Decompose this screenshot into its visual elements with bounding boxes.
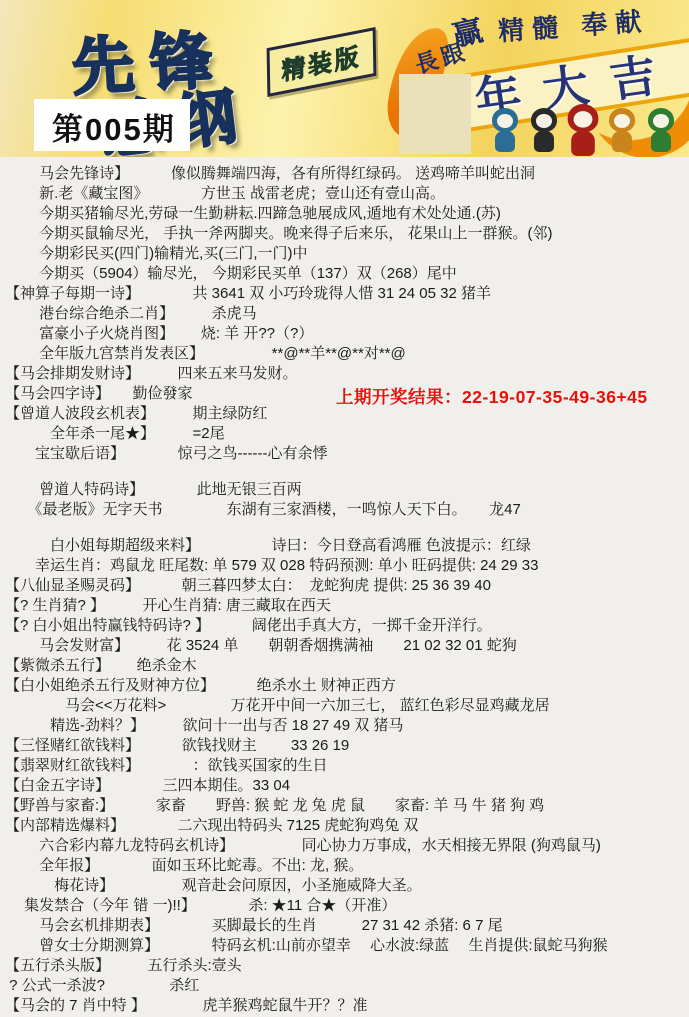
mascot-green-icon <box>644 106 678 154</box>
text-line: 富豪小子火烧肖图】 烧: 羊 开??（?） <box>5 324 689 344</box>
text-line: 集发禁合（今年 错 一)!!】 杀: ★11 合★（开准） <box>5 896 689 916</box>
text-line: 曾女士分期测算】 特码玄机:山前亦望幸 心水波:绿蓝 生肖提供:鼠蛇马狗猴 <box>5 936 689 956</box>
text-line: 六合彩内幕九龙特码玄机诗】 同心协力万事成，水天相接无界限 (狗鸡鼠马) <box>5 836 689 856</box>
text-line: 【? 生肖猜? 】 开心生肖猜: 唐三藏取在西天 <box>5 596 689 616</box>
text-line: 【八仙显圣赐灵码】 朝三暮四梦太白： 龙蛇狗虎 提供: 25 36 39 40 <box>5 576 689 596</box>
text-line: 今期彩民买(四门)输精光,买(三门,一门)中 <box>5 244 689 264</box>
header-banner: 先锋 总纲 精装版 第005期 精髓 奉献 贏 長跟 年大吉 <box>0 0 689 157</box>
text-line: 【? 白小姐出特赢钱特码诗? 】 阔佬出手真大方，一掷千金开洋行。 <box>5 616 689 636</box>
mascot-yellow-icon <box>605 106 639 154</box>
text-line: 全年版九宫禁肖发表区】 **@**羊**@**对**@ <box>5 344 689 364</box>
text-line: 【紫微杀五行】 绝杀金木 <box>5 656 689 676</box>
edition-badge: 精装版 <box>267 27 377 97</box>
text-line: 【白金五字诗】 三四本期佳。33 04 <box>5 776 689 796</box>
text-line: 马会发财富】 花 3524 单 朝朝香烟携满袖 21 02 32 01 蛇狗 <box>5 636 689 656</box>
blank-patch <box>399 74 471 154</box>
text-line: 白小姐每期超级来料】 诗曰：今日登高看鸿雁 色波提示：红绿 <box>5 536 689 556</box>
text-line: 新.老《藏宝图》 方世玉 战雷老虎；壹山还有壹山高。 <box>5 184 689 204</box>
text-line: 马会<<万花料> 万花开中间一六加三七， 蓝红色彩尽显鸡藏龙居 <box>5 696 689 716</box>
text-line: 今期买（5904）输尽光， 今期彩民买单（137）双（268）尾中 <box>5 264 689 284</box>
text-line: 【翡翠财红欲钱料】 ：欲钱买国家的生日 <box>5 756 689 776</box>
issue-number: 第005期 <box>52 104 176 149</box>
last-draw-result: 上期开奖结果：22-19-07-35-49-36+45 <box>336 384 648 409</box>
predictions-text-block: 马会先锋诗】 像似腾舞端四海，各有所得红绿码。 送鸡啼羊叫蛇出洞 新.老《藏宝图… <box>0 157 689 1016</box>
text-line: 【神算子每期一诗】 共 3641 双 小巧玲珑得人惜 31 24 05 32 猪… <box>5 284 689 304</box>
text-line: ? 公式一杀波? 杀红 <box>5 976 689 996</box>
text-line: 马会玄机排期表】 买脚最长的生肖 27 31 42 杀猪: 6 7 尾 <box>5 916 689 936</box>
blank-gap <box>5 464 689 480</box>
text-line: 港台综合绝杀二肖】 杀虎马 <box>5 304 689 324</box>
text-line: 【白小姐绝杀五行及财神方位】 绝杀水土 财神正西方 <box>5 676 689 696</box>
text-line: 宝宝歇后语】 惊弓之鸟------心有余悸 <box>5 444 689 464</box>
text-line: 精选-劲料？】 欲问十一出与否 18 27 49 双 猪马 <box>5 716 689 736</box>
mascot-red-icon <box>563 102 603 157</box>
tip-sheet-page: 先锋 总纲 精装版 第005期 精髓 奉献 贏 長跟 年大吉 马会先锋诗】 像似… <box>0 0 689 1017</box>
last-draw-result-label: 上期开奖结果： <box>336 387 462 407</box>
text-line: 曾道人特码诗】 此地无银三百两 <box>5 480 689 500</box>
text-line: 【野兽与家畜:】 家畜 野兽: 猴 蛇 龙 兔 虎 鼠 家畜: 羊 马 牛 猪 … <box>5 796 689 816</box>
text-line: 今期买鼠输尽光， 手执一斧两脚夹。晚来得子后来乐， 花果山上一群猴。(邻) <box>5 224 689 244</box>
text-line: 【马会排期发财诗】 四来五来马发财。 <box>5 364 689 384</box>
last-draw-result-numbers: 22-19-07-35-49-36+45 <box>462 387 648 407</box>
mascot-row <box>488 106 678 154</box>
blank-gap <box>5 520 689 536</box>
text-line: 全年杀一尾★】 =2尾 <box>5 424 689 444</box>
text-line: 梅花诗】 观音赴会问原因，小圣施威降大圣。 <box>5 876 689 896</box>
text-line: 【马会的 7 肖中特 】 虎羊猴鸡蛇鼠牛开？？准 <box>5 996 689 1016</box>
text-line: 幸运生肖：鸡鼠龙 旺尾数: 单 579 双 028 特码预测: 单小 旺码提供:… <box>5 556 689 576</box>
text-line: 全年报】 面如玉环比蛇毒。不出: 龙, 猴。 <box>5 856 689 876</box>
text-line: 【内部精选爆料】 二六现出特码头 7125 虎蛇狗鸡兔 双 <box>5 816 689 836</box>
text-line: 《最老版》无字天书 东湖有三家酒楼，一鸣惊人天下白。 龙47 <box>5 500 689 520</box>
text-line: 马会先锋诗】 像似腾舞端四海，各有所得红绿码。 送鸡啼羊叫蛇出洞 <box>5 164 689 184</box>
text-line: 【三怪赌红欲钱料】 欲钱找财主 33 26 19 <box>5 736 689 756</box>
mascot-blue-icon <box>488 106 522 154</box>
mascot-panda-icon <box>527 106 561 154</box>
text-line: 【五行杀头版】 五行杀头:壹头 <box>5 956 689 976</box>
text-line: 今期买猪输尽光,劳碌一生勤耕耘.四蹄急驰展成风,遁地有术处处通.(苏) <box>5 204 689 224</box>
slogan-top: 精髓 奉献 <box>497 1 650 48</box>
